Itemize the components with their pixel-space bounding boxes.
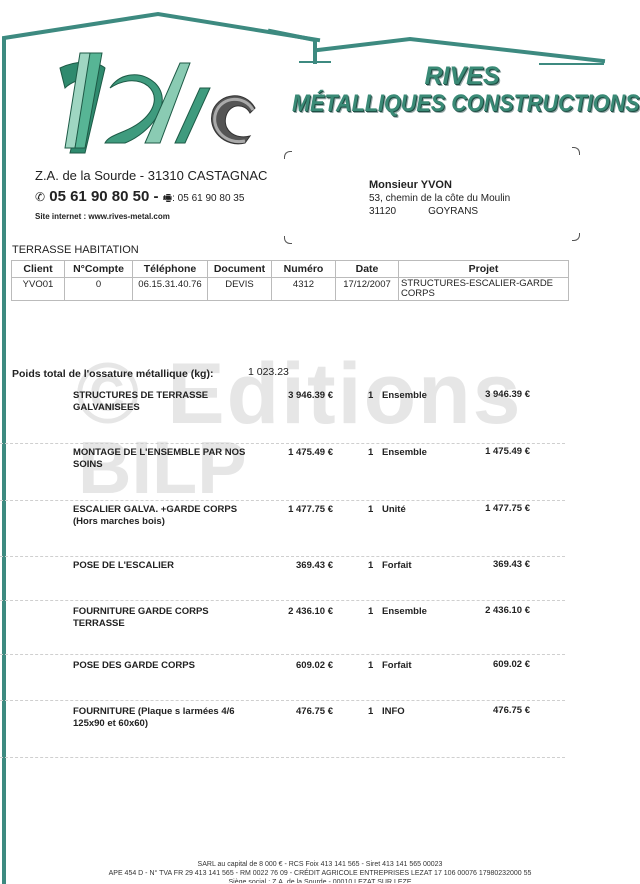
row-divider [0, 757, 565, 758]
item-description: POSE DE L'ESCALIER [73, 560, 248, 572]
row-divider [0, 654, 565, 655]
footer-line-2: APE 454 D - N° TVA FR 29 413 141 565 - R… [0, 869, 640, 878]
item-unit: Forfait [382, 660, 412, 671]
item-unit: Unité [382, 504, 406, 515]
item-unit: Ensemble [382, 606, 427, 617]
list-item: FOURNITURE GARDE CORPS TERRASSE2 436.10 … [0, 606, 640, 666]
cell-project: STRUCTURES-ESCALIER-GARDE CORPS [399, 278, 569, 301]
address-window-corner [284, 236, 292, 244]
cell-document: DEVIS [208, 278, 272, 301]
company-address-block: Z.A. de la Sourde - 31310 CASTAGNAC ✆ 05… [35, 168, 267, 221]
item-unit-price: 1 475.49 € [250, 447, 333, 458]
item-unit-price: 2 436.10 € [250, 606, 333, 617]
item-description: FOURNITURE (Plaque s larmées 4/6 125x90 … [73, 706, 248, 730]
fax-icon: 🖷 [163, 193, 172, 204]
company-fax: : 05 61 90 80 35 [172, 193, 244, 204]
cell-phone: 06.15.31.40.76 [133, 278, 208, 301]
list-item: ESCALIER GALVA. +GARDE CORPS (Hors march… [0, 504, 640, 564]
item-unit: Forfait [382, 560, 412, 571]
row-divider [0, 600, 565, 601]
table-row: YVO01 0 06.15.31.40.76 DEVIS 4312 17/12/… [12, 278, 569, 301]
item-description: ESCALIER GALVA. +GARDE CORPS (Hors march… [73, 504, 248, 528]
item-quantity: 1 [368, 560, 373, 571]
item-quantity: 1 [368, 606, 373, 617]
row-divider [0, 556, 565, 557]
header-client: Client [12, 261, 65, 278]
header-account: N°Compte [65, 261, 133, 278]
total-weight: Poids total de l'ossature métallique (kg… [12, 368, 213, 380]
row-divider [0, 700, 565, 701]
footer-line-3: Siège social : Z.A. de la Sourde - 00010… [0, 878, 640, 883]
list-item: MONTAGE DE L'ENSEMBLE PAR NOS SOINS1 475… [0, 447, 640, 507]
total-weight-label: Poids total de l'ossature métallique (kg… [12, 368, 213, 380]
recipient-postcode: 31120 [369, 206, 396, 217]
item-description: MONTAGE DE L'ENSEMBLE PAR NOS SOINS [73, 447, 248, 471]
cell-client: YVO01 [12, 278, 65, 301]
item-quantity: 1 [368, 447, 373, 458]
item-description: FOURNITURE GARDE CORPS TERRASSE [73, 606, 248, 630]
item-unit: Ensemble [382, 447, 427, 458]
table-header-row: Client N°Compte Téléphone Document Numér… [12, 261, 569, 278]
item-unit-price: 476.75 € [250, 706, 333, 717]
brand-line-2: MÉTALLIQUES CONSTRUCTIONS [292, 90, 580, 118]
item-description: STRUCTURES DE TERRASSE GALVANISEES [73, 390, 248, 414]
rmc-logo [50, 48, 260, 158]
total-weight-value: 1 023.23 [248, 366, 289, 378]
document-info-table: Client N°Compte Téléphone Document Numér… [11, 260, 569, 301]
brand-line-1: RIVES [292, 62, 612, 90]
item-unit-price: 609.02 € [250, 660, 333, 671]
item-unit: Ensemble [382, 390, 427, 401]
footer-line-1: SARL au capital de 8 000 € - RCS Foix 41… [0, 860, 640, 869]
item-total: 1 475.49 € [450, 446, 530, 457]
item-total: 2 436.10 € [450, 605, 530, 616]
item-quantity: 1 [368, 504, 373, 515]
address-window-corner [572, 147, 580, 155]
item-quantity: 1 [368, 660, 373, 671]
company-phone-line: ✆ 05 61 90 80 50 - 🖷: 05 61 90 80 35 [35, 188, 267, 208]
address-window-corner [572, 233, 580, 241]
legal-footer: SARL au capital de 8 000 € - RCS Foix 41… [0, 860, 640, 883]
item-unit: INFO [382, 706, 405, 717]
item-quantity: 1 [368, 390, 373, 401]
cell-account: 0 [65, 278, 133, 301]
row-divider [0, 443, 565, 444]
company-address: Z.A. de la Sourde - 31310 CASTAGNAC [35, 168, 267, 183]
item-total: 609.02 € [450, 659, 530, 670]
item-description: POSE DES GARDE CORPS [73, 660, 248, 672]
recipient-address: Monsieur YVON 53, chemin de la côte du M… [369, 179, 510, 218]
item-unit-price: 1 477.75 € [250, 504, 333, 515]
company-phone: 05 61 90 80 50 - [49, 188, 158, 205]
item-total: 476.75 € [450, 705, 530, 716]
list-item: STRUCTURES DE TERRASSE GALVANISEES3 946.… [0, 390, 640, 450]
recipient-street: 53, chemin de la côte du Moulin [369, 192, 510, 205]
document-title: TERRASSE HABITATION [12, 244, 139, 256]
company-website: Site internet : www.rives-metal.com [35, 212, 267, 221]
recipient-name: Monsieur YVON [369, 179, 510, 192]
item-total: 3 946.39 € [450, 389, 530, 400]
header-number: Numéro [272, 261, 336, 278]
item-total: 369.43 € [450, 559, 530, 570]
recipient-city: GOYRANS [428, 205, 478, 218]
cell-number: 4312 [272, 278, 336, 301]
header-phone: Téléphone [133, 261, 208, 278]
item-unit-price: 3 946.39 € [250, 390, 333, 401]
list-item: FOURNITURE (Plaque s larmées 4/6 125x90 … [0, 706, 640, 766]
header-project: Projet [399, 261, 569, 278]
item-unit-price: 369.43 € [250, 560, 333, 571]
item-total: 1 477.75 € [450, 503, 530, 514]
cell-date: 17/12/2007 [336, 278, 399, 301]
company-brand-name: RIVES MÉTALLIQUES CONSTRUCTIONS [292, 62, 612, 118]
item-quantity: 1 [368, 706, 373, 717]
row-divider [0, 500, 565, 501]
address-window-corner [284, 151, 292, 159]
header-date: Date [336, 261, 399, 278]
phone-icon: ✆ [35, 190, 45, 204]
header-document: Document [208, 261, 272, 278]
